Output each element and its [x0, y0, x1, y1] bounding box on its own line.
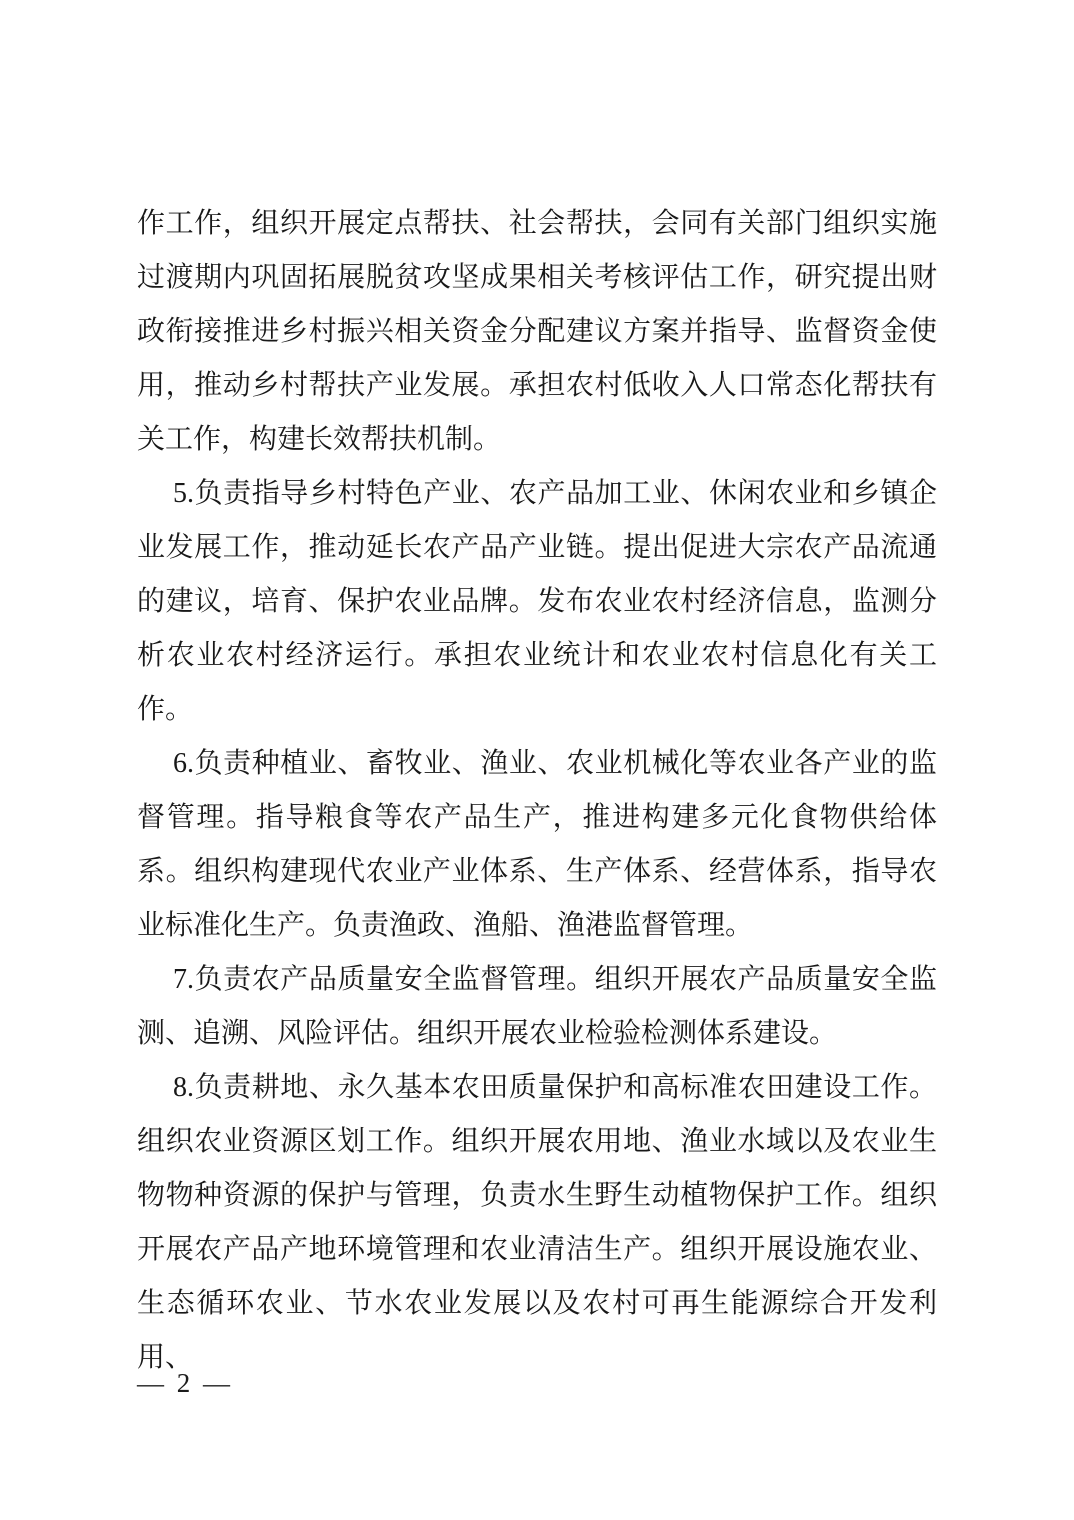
body-paragraph-item-6: 6.负责种植业、畜牧业、渔业、农业机械化等农业各产业的监督管理。指导粮食等农产品…	[137, 737, 937, 953]
page-number: — 2 —	[137, 1368, 233, 1398]
body-paragraph-item-8: 8.负责耕地、永久基本农田质量保护和高标准农田建设工作。组织农业资源区划工作。组…	[137, 1061, 937, 1385]
body-paragraph-item-7: 7.负责农产品质量安全监督管理。组织开展农产品质量安全监测、追溯、风险评估。组织…	[137, 953, 937, 1061]
document-page: 作工作，组织开展定点帮扶、社会帮扶，会同有关部门组织实施过渡期内巩固拓展脱贫攻坚…	[0, 0, 1074, 1520]
page-footer: — 2 —	[137, 1356, 233, 1410]
body-paragraph-item-5: 5.负责指导乡村特色产业、农产品加工业、休闲农业和乡镇企业发展工作，推动延长农产…	[137, 467, 937, 737]
document-body: 作工作，组织开展定点帮扶、社会帮扶，会同有关部门组织实施过渡期内巩固拓展脱贫攻坚…	[137, 197, 937, 1385]
body-paragraph-continuation: 作工作，组织开展定点帮扶、社会帮扶，会同有关部门组织实施过渡期内巩固拓展脱贫攻坚…	[137, 197, 937, 467]
